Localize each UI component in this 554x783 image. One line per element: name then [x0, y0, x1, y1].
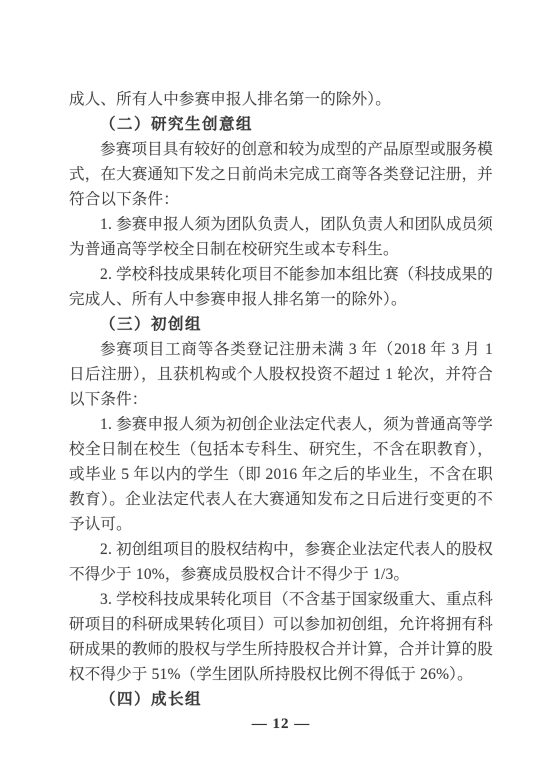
paragraph-continuation: 成人、所有人中参赛申报人排名第一的除外）。	[69, 87, 493, 112]
section-heading-growth-group: （四）成长组	[69, 687, 493, 712]
document-body: 成人、所有人中参赛申报人排名第一的除外）。 （二）研究生创意组 参赛项目具有较好…	[69, 87, 493, 712]
paragraph-graduate-group-intro: 参赛项目具有较好的创意和较为成型的产品原型或服务模式，在大赛通知下发之日前尚未完…	[69, 137, 493, 212]
document-page: 成人、所有人中参赛申报人排名第一的除外）。 （二）研究生创意组 参赛项目具有较好…	[0, 0, 554, 783]
page-number: — 12 —	[69, 712, 493, 737]
section-heading-graduate-creative-group: （二）研究生创意组	[69, 112, 493, 137]
section-heading-startup-group: （三）初创组	[69, 312, 493, 337]
paragraph-graduate-condition-1: 1. 参赛申报人须为团队负责人，团队负责人和团队成员须为普通高等学校全日制在校研…	[69, 212, 493, 262]
paragraph-graduate-condition-2: 2. 学校科技成果转化项目不能参加本组比赛（科技成果的完成人、所有人中参赛申报人…	[69, 262, 493, 312]
paragraph-startup-group-intro: 参赛项目工商等各类登记注册未满 3 年（2018 年 3 月 1 日后注册），且…	[69, 337, 493, 412]
paragraph-startup-condition-1: 1. 参赛申报人须为初创企业法定代表人，须为普通高等学校全日制在校生（包括本专科…	[69, 412, 493, 537]
paragraph-startup-condition-3: 3. 学校科技成果转化项目（不含基于国家级重大、重点科研项目的科研成果转化项目）…	[69, 587, 493, 687]
paragraph-startup-condition-2: 2. 初创组项目的股权结构中，参赛企业法定代表人的股权不得少于 10%，参赛成员…	[69, 537, 493, 587]
